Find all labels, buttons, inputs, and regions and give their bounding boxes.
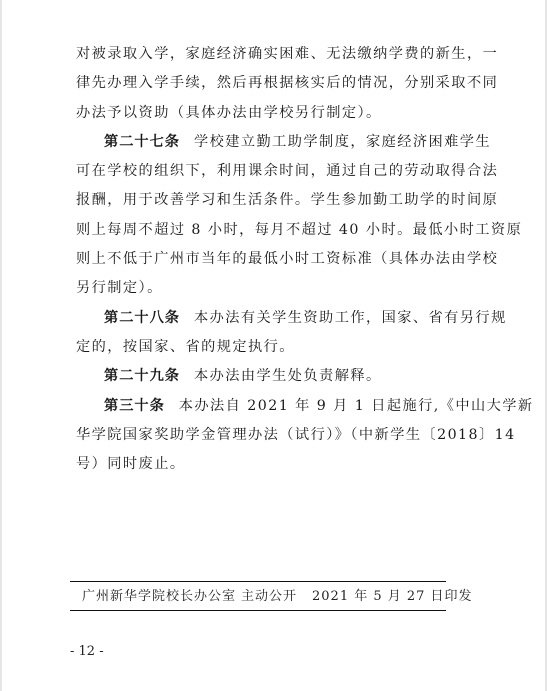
article-text: 本办法自 2021 年 9 月 1 日起施行,《中山大学新 (179, 398, 534, 414)
article-heading: 第三十条 (104, 398, 165, 414)
article-text: 本办法有关学生资助工作，国家、省有另行规 (194, 310, 507, 326)
article-heading: 第二十九条 (104, 368, 180, 384)
text-line: 华学院国家奖助学金管理办法（试行）》（中新学生〔2018〕14 (76, 421, 468, 450)
text-line: 定的，按国家、省的规定执行。 (76, 333, 468, 362)
footer-top-rule (70, 581, 446, 582)
text-line: 号）同时废止。 (76, 450, 468, 479)
article-text: 学校建立勤工助学制度，家庭经济困难学生 (194, 134, 491, 150)
footer-bottom-rule (70, 610, 446, 611)
document-body: 对被录取入学，家庭经济确实困难、无法缴纳学费的新生，一 律先办理入学手续，然后再… (76, 40, 468, 479)
article-30-first-line: 第三十条本办法自 2021 年 9 月 1 日起施行,《中山大学新 (76, 392, 468, 421)
text-line: 可在学校的组织下，利用课余时间，通过自己的劳动取得合法 (76, 157, 468, 186)
article-27-first-line: 第二十七条学校建立勤工助学制度，家庭经济困难学生 (76, 128, 468, 157)
text-line: 对被录取入学，家庭经济确实困难、无法缴纳学费的新生，一 (76, 40, 468, 69)
article-heading: 第二十七条 (104, 134, 180, 150)
text-line: 则上不低于广州市当年的最低小时工资标准（具体办法由学校 (76, 245, 468, 274)
article-28-first-line: 第二十八条本办法有关学生资助工作，国家、省有另行规 (76, 304, 468, 333)
footer-disclosure: 主动公开 (241, 586, 297, 608)
page-edge-left (0, 0, 2, 691)
text-line: 办法予以资助（具体办法由学校另行制定）。 (76, 99, 468, 128)
footer-date: 2021 年 5 月 27 日印发 (312, 586, 473, 608)
article-heading: 第二十八条 (104, 310, 180, 326)
page-number: - 12 - (70, 644, 104, 659)
text-line: 则上每周不超过 8 小时，每月不超过 40 小时。最低小时工资原 (76, 216, 468, 245)
footer-issuer: 广州新华学院校长办公室 (82, 586, 236, 608)
text-line: 律先办理入学手续，然后再根据核实后的情况，分别采取不同 (76, 69, 468, 98)
text-line: 另行制定）。 (76, 274, 468, 303)
text-line: 报酬，用于改善学习和生活条件。学生参加勤工助学的时间原 (76, 186, 468, 215)
article-29-first-line: 第二十九条本办法由学生处负责解释。 (76, 362, 468, 391)
article-text: 本办法由学生处负责解释。 (194, 368, 382, 384)
footer-issuance-row: 广州新华学院校长办公室 主动公开 2021 年 5 月 27 日印发 (70, 586, 446, 608)
